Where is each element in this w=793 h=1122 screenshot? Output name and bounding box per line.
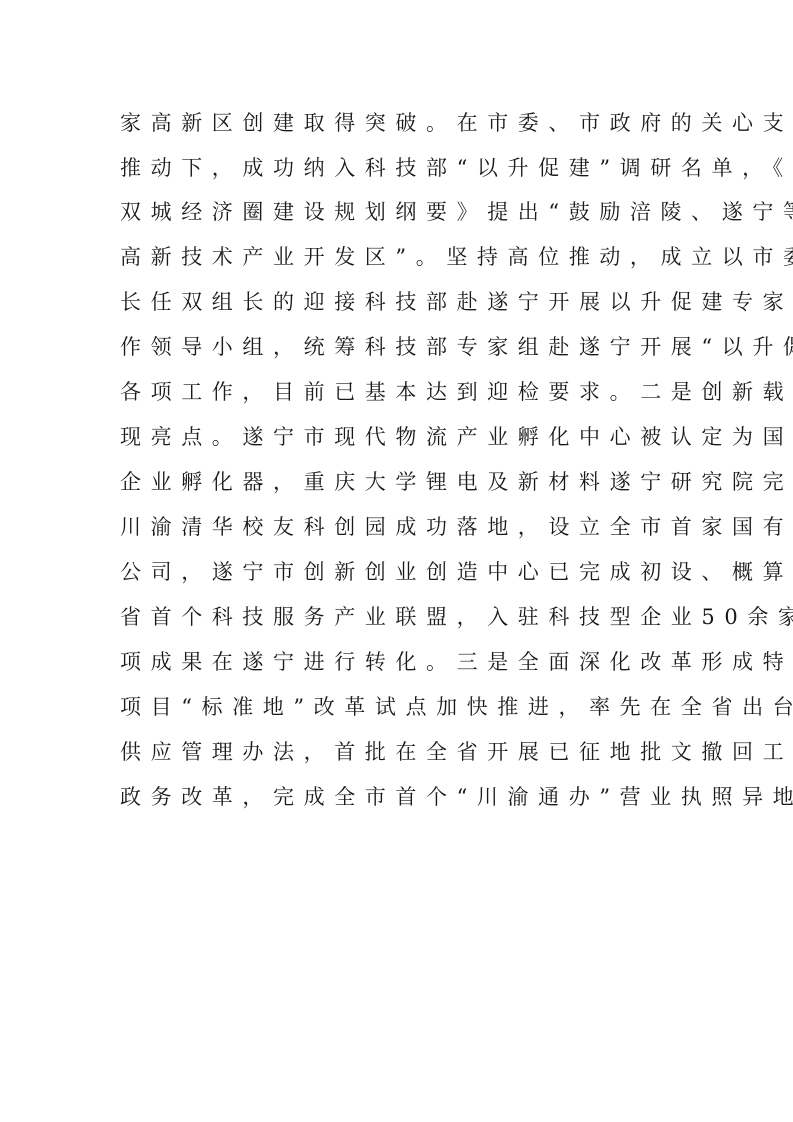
text-line: 政务改革，完成全市首个“川渝通办”营业执照异地打印颁发: [120, 782, 680, 812]
text-line: 长任双组长的迎接科技部赴遂宁开展以升促建专家调研工: [120, 287, 680, 317]
text-line: 家高新区创建取得突破。在市委、市政府的关心支持和高位: [120, 108, 680, 138]
text-line: 双城经济圈建设规划纲要》提出“鼓励涪陵、遂宁等创建国家: [120, 197, 680, 227]
text-line: 川渝清华校友科创园成功落地，设立全市首家国有航天科技: [120, 512, 680, 542]
text-line: 供应管理办法，首批在全省开展已征地批文撤回工作。推进: [120, 737, 680, 767]
text-line: 高新技术产业开发区”。坚持高位推动，成立以市委书记、市: [120, 242, 680, 272]
document-page: 家高新区创建取得突破。在市委、市政府的关心支持和高位 推动下，成功纳入科技部“以…: [0, 0, 793, 1122]
text-line: 项目“标准地”改革试点加快推进，率先在全省出台“标准地”: [120, 692, 680, 722]
text-line: 省首个科技服务产业联盟，入驻科技型企业50余家，促进16: [120, 602, 680, 632]
text-line: 作领导小组，统筹科技部专家组赴遂宁开展“以升促建”调研: [120, 332, 680, 362]
text-line: 各项工作，目前已基本达到迎检要求。二是创新载体建设呈: [120, 377, 680, 407]
text-line: 项成果在遂宁进行转化。三是全面深化改革形成特色。工业: [120, 647, 680, 677]
text-line: 公司，遂宁市创新创业创造中心已完成初设、概算。成立全: [120, 557, 680, 587]
text-line: 现亮点。遂宁市现代物流产业孵化中心被认定为国家级科技: [120, 422, 680, 452]
text-line: 推动下，成功纳入科技部“以升促建”调研名单，《成渝地区: [120, 153, 680, 183]
text-line: 企业孵化器，重庆大学锂电及新材料遂宁研究院完成建设，: [120, 467, 680, 497]
